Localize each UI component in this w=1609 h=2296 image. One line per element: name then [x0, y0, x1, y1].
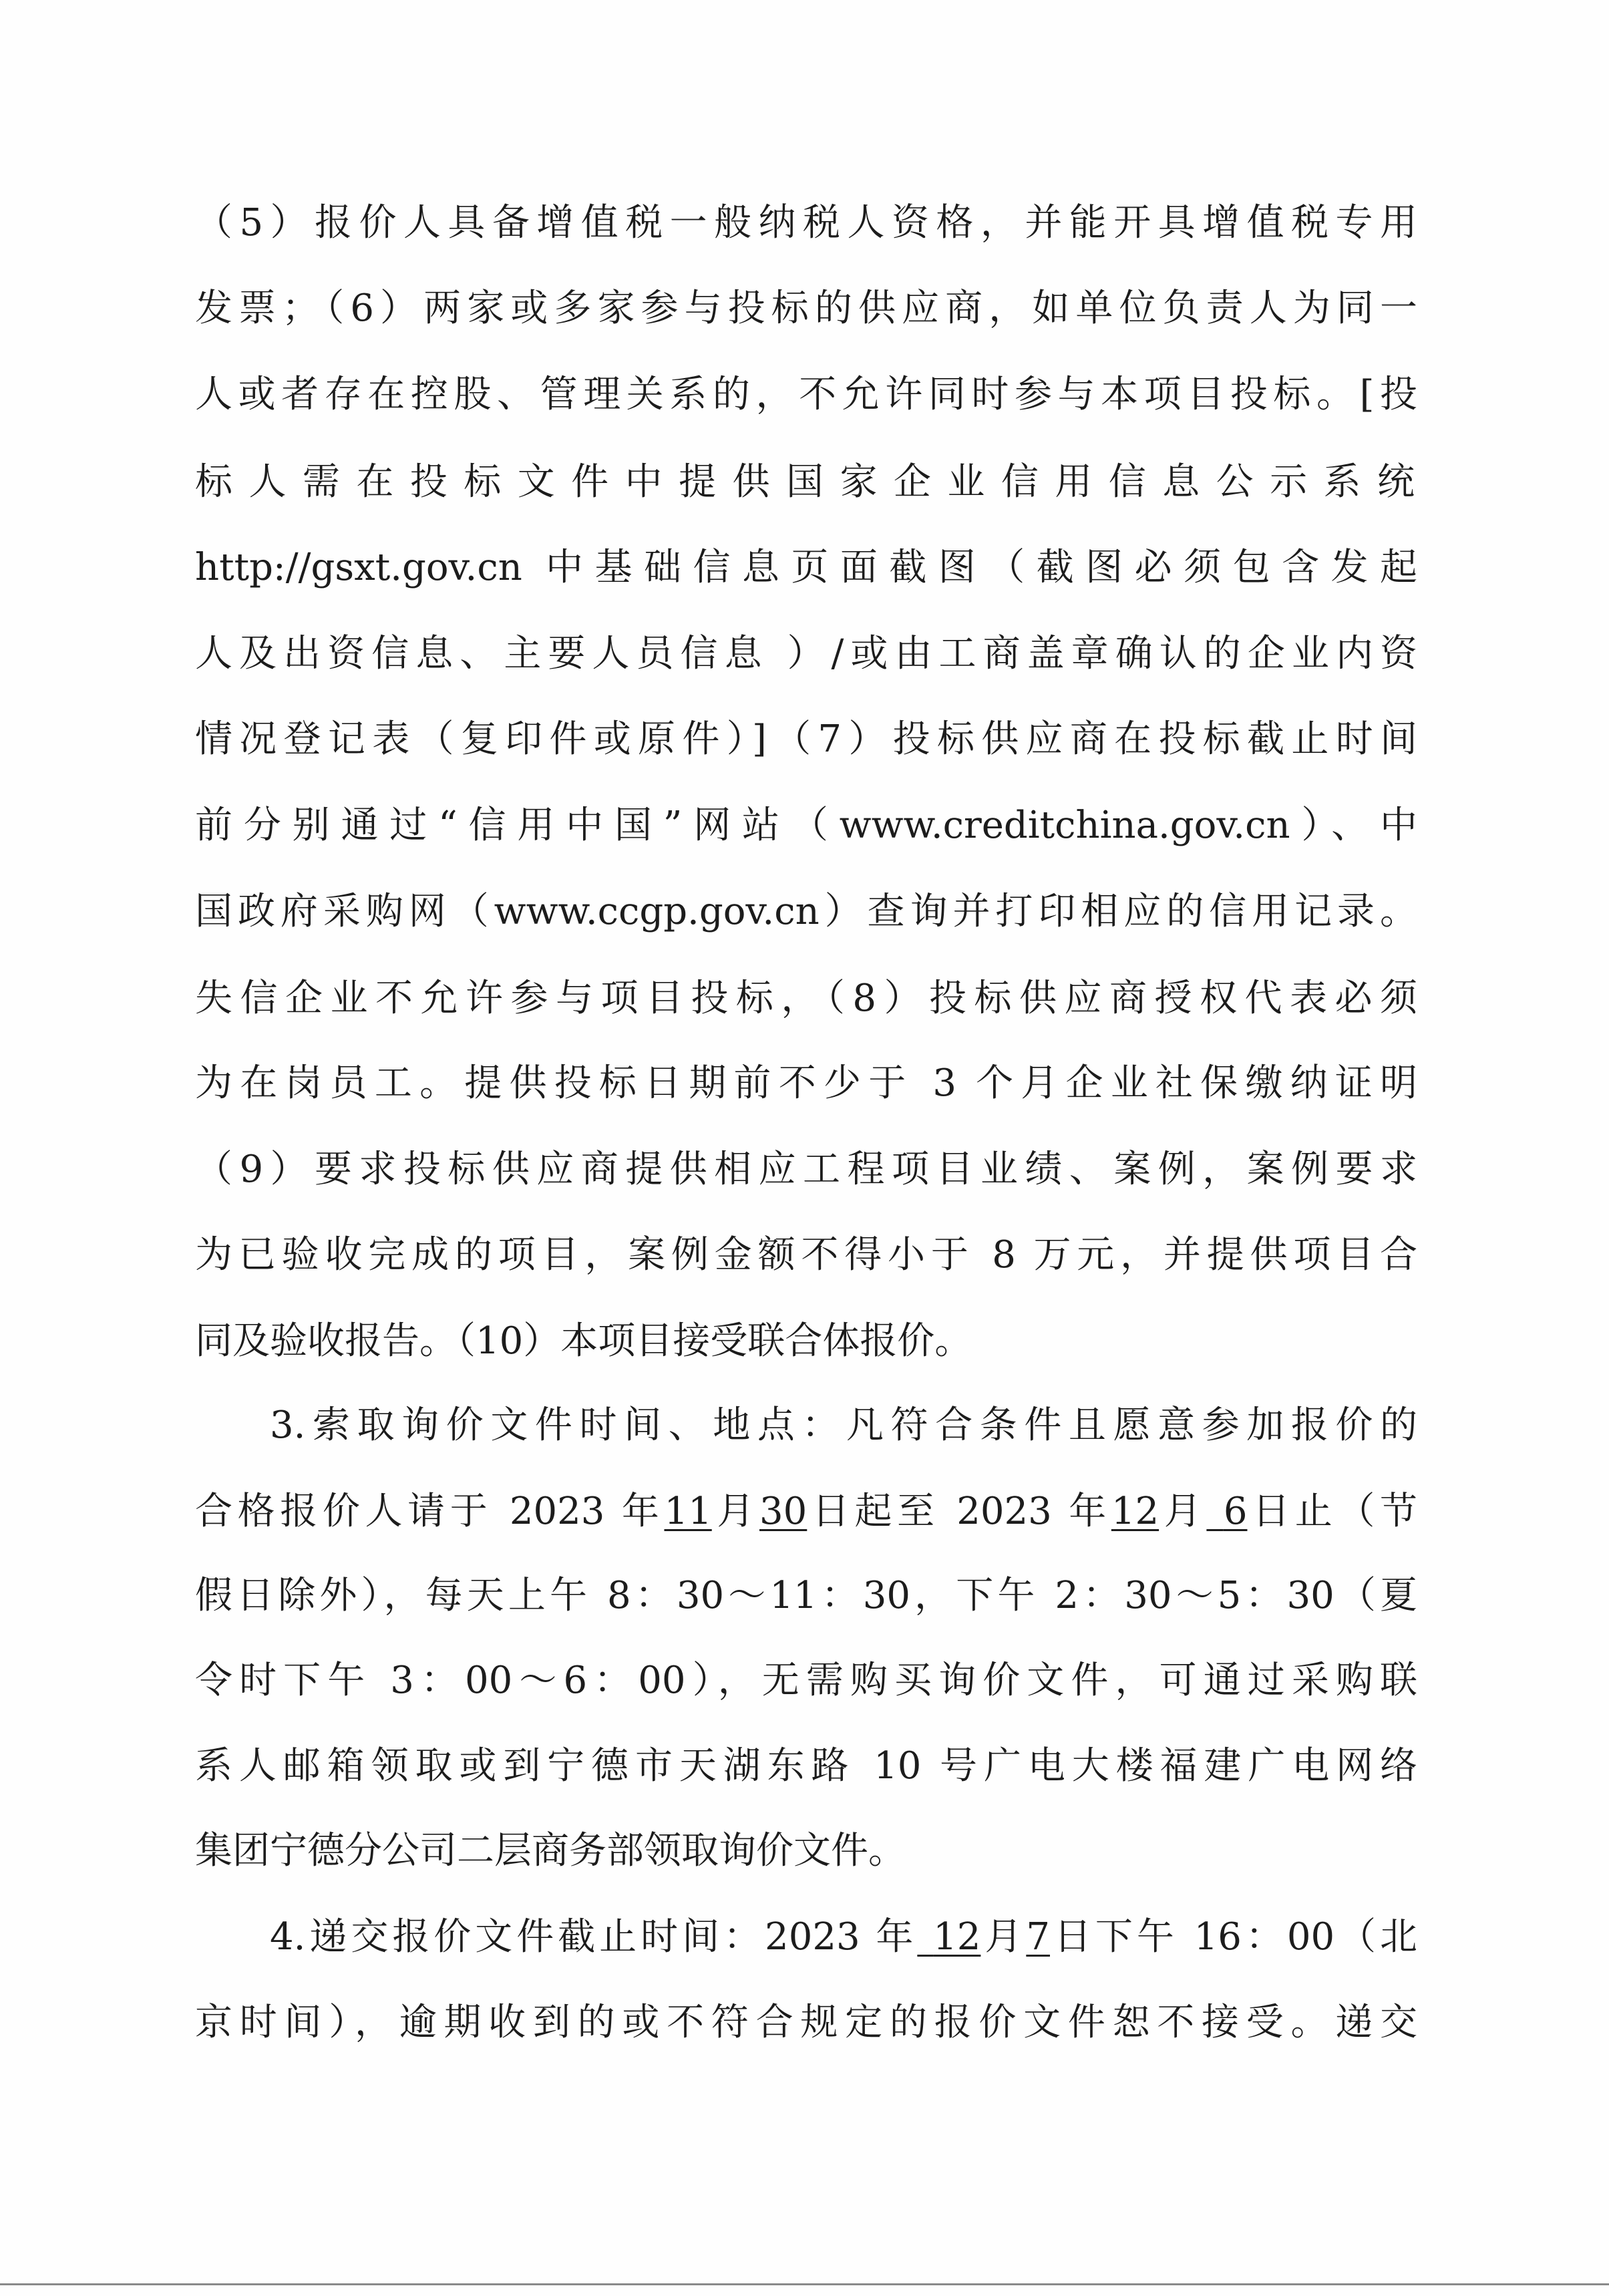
text-line: 假日除外），每天上午 8：30～11：30，下午 2：30～5：30（夏 — [195, 1569, 1417, 1623]
text-line: （5）报价人具备增值税一般纳税人资格，并能开具增值税专用 — [195, 196, 1417, 250]
text-line: 京时间），逾期收到的或不符合规定的报价文件恕不接受。递交 — [195, 1996, 1417, 2049]
text-line: 前分别通过“信用中国”网站（www.creditchina.gov.cn）、中 — [195, 799, 1417, 852]
text-line: 失信企业不允许参与项目投标，（8）投标供应商授权代表必须 — [195, 972, 1417, 1025]
end-month: 12 — [1111, 1490, 1159, 1533]
text-line: 人及出资信息、主要人员信息 ）/或由工商盖章确认的企业内资 — [195, 627, 1417, 681]
section-3-heading-line: 3.索取询价文件时间、地点：凡符合条件且愿意参加报价的 — [270, 1399, 1417, 1452]
end-day: 6 — [1206, 1490, 1247, 1533]
date-mid: 日起至 2023 年 — [807, 1490, 1111, 1533]
month-label: 月 — [1159, 1490, 1206, 1533]
section-4-deadline-line: 4.递交报价文件截止时间：2023 年 12月7日下午 16：00（北 — [270, 1911, 1417, 1964]
text-line: 同及验收报告。（10）本项目接受联合体报价。 — [195, 1315, 1417, 1368]
text-line: 系人邮箱领取或到宁德市天湖东路 10 号广电大楼福建广电网络 — [195, 1740, 1417, 1793]
text-line: 标人需在投标文件中提供国家企业信用信息公示系统 — [195, 456, 1417, 509]
text-line: http://gsxt.gov.cn 中基础信息页面截图（截图必须包含发起 — [195, 541, 1417, 595]
document-page: （5）报价人具备增值税一般纳税人资格，并能开具增值税专用 发票；（6）两家或多家… — [0, 0, 1609, 2296]
start-month: 11 — [664, 1490, 711, 1533]
text-line: 人或者存在控股、管理关系的，不允许同时参与本项目投标。[投 — [195, 368, 1417, 422]
text-line: 情况登记表（复印件或原件）]（7）投标供应商在投标截止时间 — [195, 713, 1417, 766]
deadline-suffix: 日下午 16：00（北 — [1050, 1915, 1417, 1959]
text-line: （9）要求投标供应商提供相应工程项目业绩、案例，案例要求 — [195, 1143, 1417, 1196]
deadline-day: 7 — [1026, 1915, 1050, 1959]
text-line: 国政府采购网（www.ccgp.gov.cn）查询并打印相应的信用记录。 — [195, 885, 1417, 939]
page-bottom-edge-divider — [0, 2283, 1609, 2285]
text-line: 集团宁德分公司二层商务部领取询价文件。 — [195, 1824, 1417, 1878]
date-prefix: 合格报价人请于 2023 年 — [195, 1490, 664, 1533]
month-label: 月 — [980, 1915, 1026, 1959]
text-line: 为已验收完成的项目，案例金额不得小于 8 万元，并提供项目合 — [195, 1228, 1417, 1282]
text-line: 为在岗员工。提供投标日期前不少于 3 个月企业社保缴纳证明 — [195, 1057, 1417, 1110]
deadline-month: 12 — [917, 1915, 980, 1959]
text-line: 令时下午 3：00～6：00），无需购买询价文件，可通过采购联 — [195, 1654, 1417, 1707]
section-3-date-line: 合格报价人请于 2023 年11月30日起至 2023 年12月 6日止（节 — [195, 1485, 1417, 1538]
date-suffix: 日止（节 — [1247, 1490, 1417, 1533]
deadline-prefix: 4.递交报价文件截止时间：2023 年 — [270, 1915, 917, 1959]
month-label: 月 — [712, 1490, 759, 1533]
start-day: 30 — [759, 1490, 807, 1533]
text-line: 发票；（6）两家或多家参与投标的供应商，如单位负责人为同一 — [195, 282, 1417, 335]
